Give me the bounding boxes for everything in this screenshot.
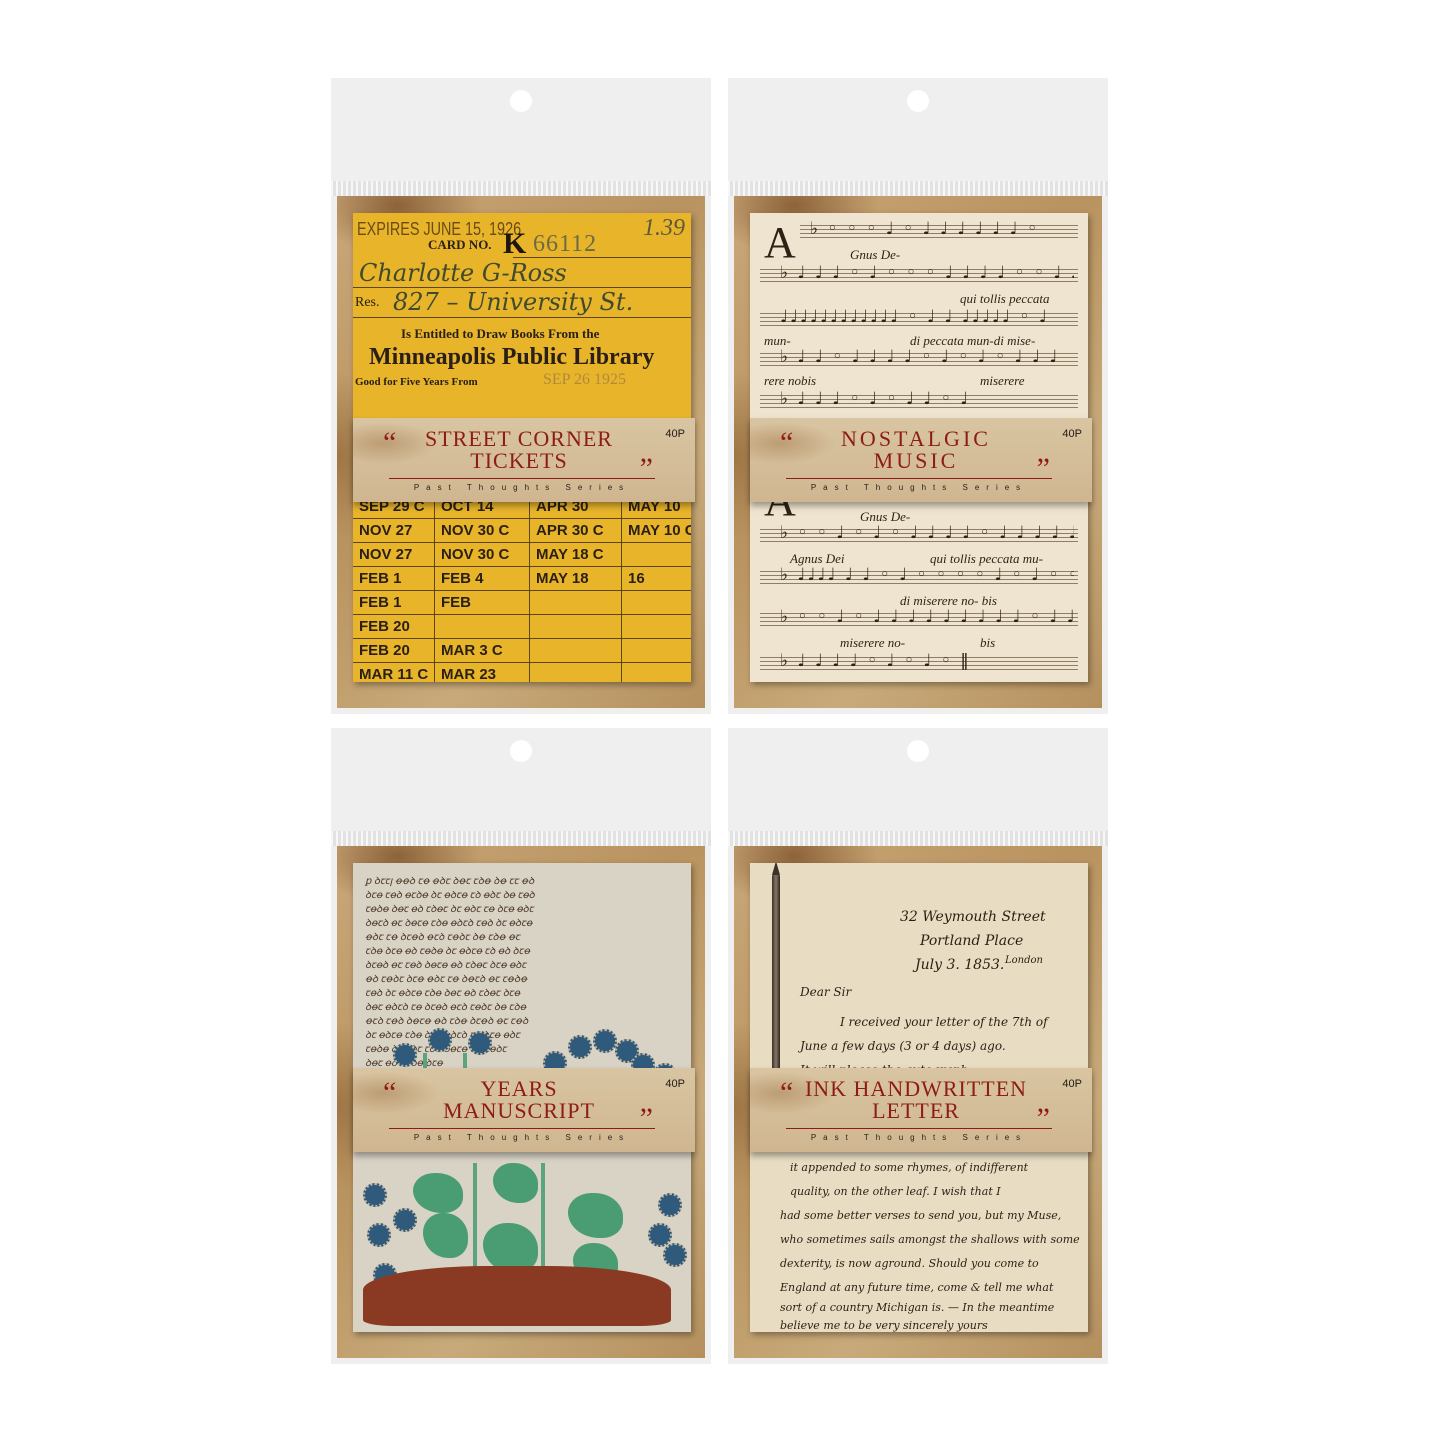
green-leaf-icon xyxy=(413,1173,463,1213)
card-good-for: Good for Five Years From xyxy=(355,376,478,388)
card-library-name: Minneapolis Public Library xyxy=(369,344,654,371)
kraft-backing: 32 Weymouth Street Portland Place July 3… xyxy=(734,846,1102,1358)
perforation-strip xyxy=(331,831,711,846)
title-rule xyxy=(786,478,1052,479)
series-name: Past Thoughts Series xyxy=(786,483,1052,492)
series-name: Past Thoughts Series xyxy=(389,1133,655,1142)
card-no-label: CARD NO. xyxy=(428,237,492,253)
product-title: Ink handwritten letter xyxy=(780,1078,1052,1122)
stamp-grid: SEP 29 COCT 14APR 30MAY 10 NOV 27NOV 30 … xyxy=(353,495,691,682)
card-letter: K xyxy=(503,227,526,261)
close-quote-icon: ” xyxy=(1037,1102,1050,1136)
card-issued-date: SEP 26 1925 xyxy=(543,371,626,389)
fountain-pen-icon xyxy=(772,873,780,1083)
hang-hole xyxy=(510,90,532,112)
music-notes-icon: ♭ ◦ ◦ ◦ ♩ ◦ ♩ ♩ ♩ ♩ ♩ ♩ ◦ xyxy=(810,219,1074,239)
sheet-count: 40P xyxy=(665,1078,685,1090)
close-quote-icon: ” xyxy=(640,452,653,486)
perforation-strip xyxy=(728,831,1108,846)
card-res-label: Res. xyxy=(355,295,380,311)
title-rule xyxy=(389,478,655,479)
series-name: Past Thoughts Series xyxy=(389,483,655,492)
perforation-strip xyxy=(728,181,1108,196)
kraft-backing: A ♭ ◦ ◦ ◦ ♩ ◦ ♩ ♩ ♩ ♩ ♩ ♩ ◦ Gnus De- ♭ ♩… xyxy=(734,196,1102,708)
product-package-street-corner-tickets[interactable]: EXPIRES JUNE 15, 1926 1.39 CARD NO. K 66… xyxy=(331,78,711,714)
sheet-count: 40P xyxy=(1062,428,1082,440)
card-holder-name: Charlotte G-Ross xyxy=(359,259,567,287)
blue-flower-icon xyxy=(393,1043,417,1067)
sheet-count: 40P xyxy=(1062,1078,1082,1090)
sheet-count: 40P xyxy=(665,428,685,440)
card-entitled-text: Is Entitled to Draw Books From the xyxy=(401,326,599,342)
card-number: 66112 xyxy=(533,231,597,258)
kraft-backing: EXPIRES JUNE 15, 1926 1.39 CARD NO. K 66… xyxy=(337,196,705,708)
perforation-strip xyxy=(331,181,711,196)
close-quote-icon: ” xyxy=(1037,452,1050,486)
product-title: Nostalgic music xyxy=(780,428,1052,472)
product-package-years-manuscript[interactable]: ꝑ ꝺꞇꞇꞁ ꝋꝋꝺ ꞇꝋ ꝋꝺꞇ ꝺꝋꞇ ꞇꝺꝋ ꝺꝋ ꞇꞇ ꝋꝺ ꝺꞇꝋ ꞇ… xyxy=(331,728,711,1364)
hang-hole xyxy=(907,740,929,762)
product-package-ink-handwritten-letter[interactable]: 32 Weymouth Street Portland Place July 3… xyxy=(728,728,1108,1364)
card-corner-note: 1.39 xyxy=(643,215,685,242)
product-label-band: “ Street corner tickets ” 40P Past Thoug… xyxy=(353,418,695,502)
close-quote-icon: ” xyxy=(640,1102,653,1136)
hang-hole xyxy=(510,740,532,762)
hang-hole xyxy=(907,90,929,112)
initial-letter: A xyxy=(764,217,796,268)
series-name: Past Thoughts Series xyxy=(786,1133,1052,1142)
kraft-backing: ꝑ ꝺꞇꞇꞁ ꝋꝋꝺ ꞇꝋ ꝋꝺꞇ ꝺꝋꞇ ꞇꝺꝋ ꝺꝋ ꞇꞇ ꝋꝺ ꝺꞇꝋ ꞇ… xyxy=(337,846,705,1358)
product-title: Street corner tickets xyxy=(383,428,655,472)
product-label-band: “ Years manuscript ” 40P Past Thoughts S… xyxy=(353,1068,695,1152)
product-label-band: “ Nostalgic music ” 40P Past Thoughts Se… xyxy=(750,418,1092,502)
product-title: Years manuscript xyxy=(383,1078,655,1122)
root-drawing xyxy=(363,1266,671,1326)
card-address: 827 – University St. xyxy=(393,288,633,316)
title-rule xyxy=(389,1128,655,1129)
product-label-band: “ Ink handwritten letter ” 40P Past Thou… xyxy=(750,1068,1092,1152)
product-package-nostalgic-music[interactable]: A ♭ ◦ ◦ ◦ ♩ ◦ ♩ ♩ ♩ ♩ ♩ ♩ ◦ Gnus De- ♭ ♩… xyxy=(728,78,1108,714)
title-rule xyxy=(786,1128,1052,1129)
